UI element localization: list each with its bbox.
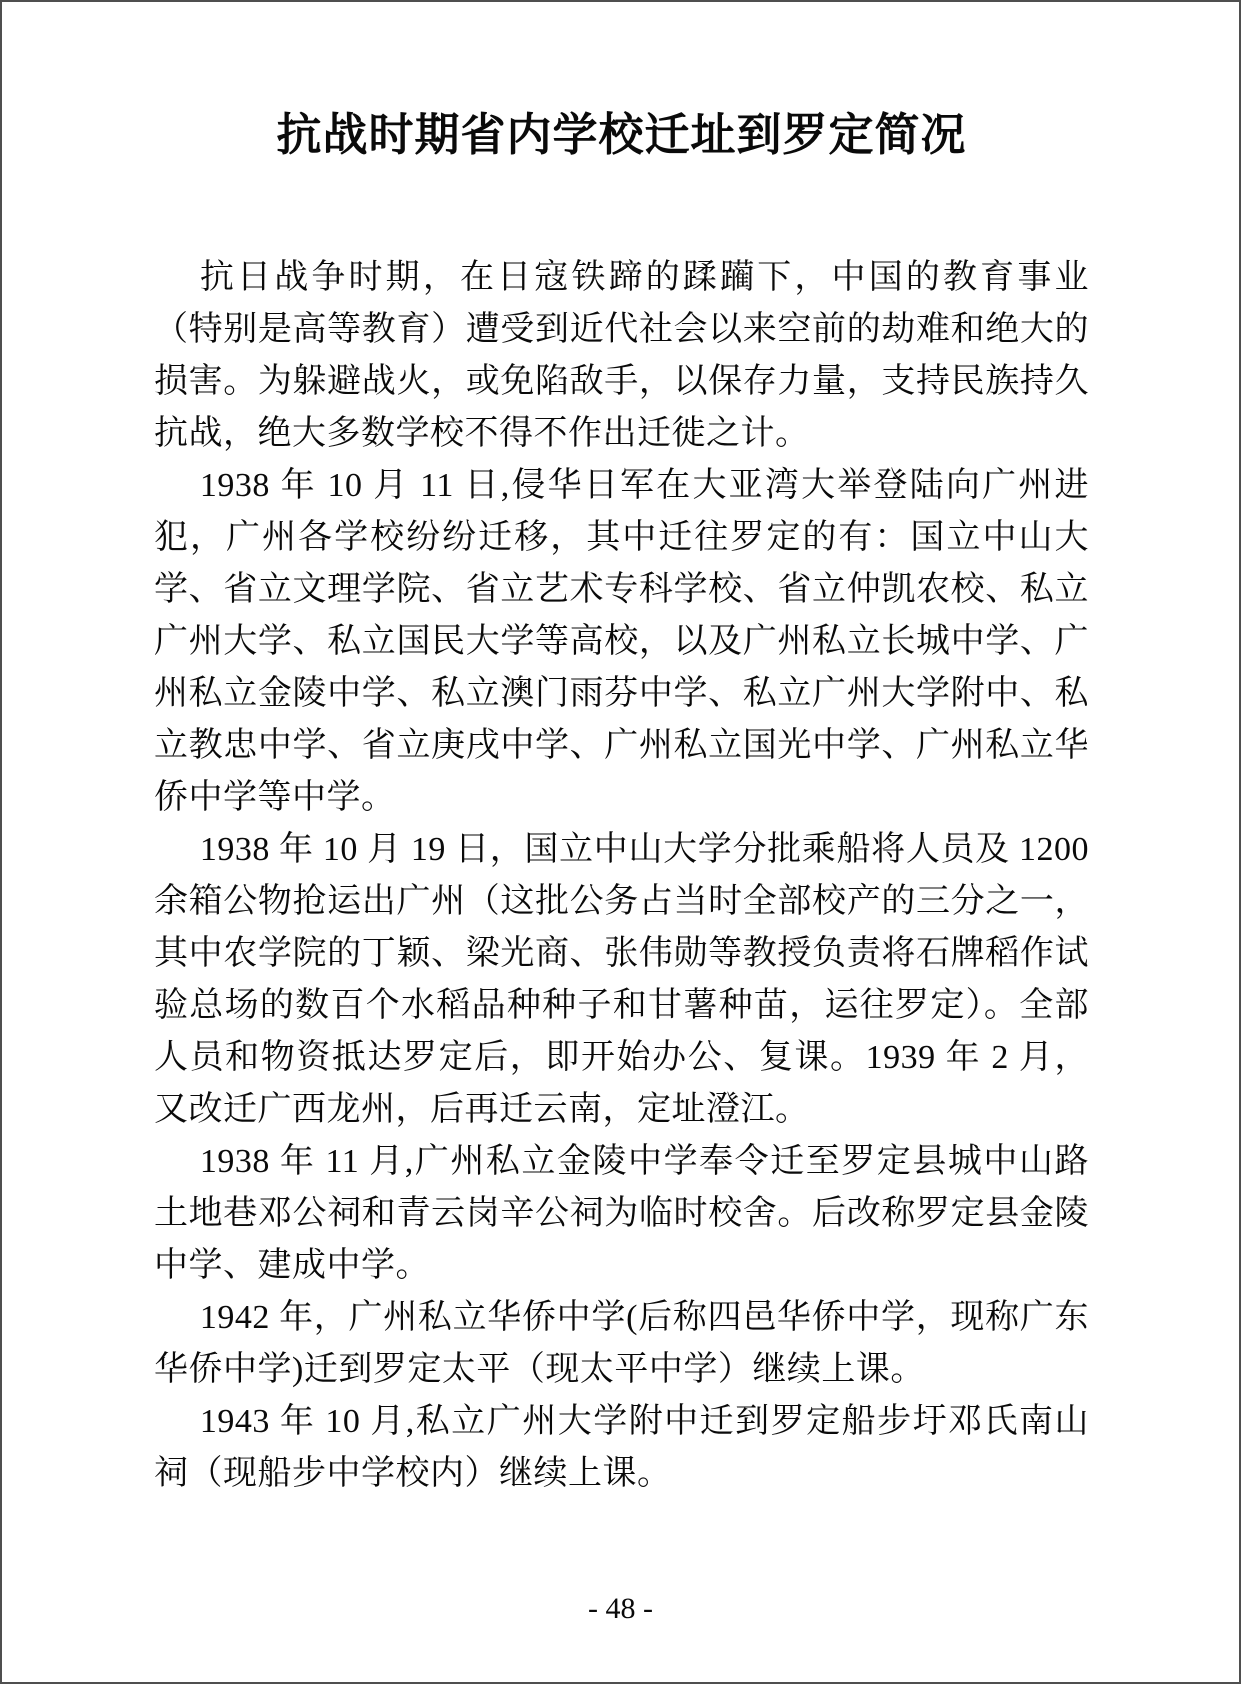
document-page: 抗战时期省内学校迁址到罗定简况 抗日战争时期，在日寇铁蹄的蹂躏下，中国的教育事业…	[0, 0, 1241, 1684]
page-title: 抗战时期省内学校迁址到罗定简况	[154, 106, 1089, 164]
paragraph-1938-oct-19: 1938 年 10 月 19 日，国立中山大学分批乘船将人员及 1200 余箱公…	[154, 824, 1089, 1136]
page-number: - 48 -	[2, 1592, 1239, 1626]
document-content: 抗战时期省内学校迁址到罗定简况 抗日战争时期，在日寇铁蹄的蹂躏下，中国的教育事业…	[2, 2, 1239, 1500]
paragraph-1938-nov: 1938 年 11 月,广州私立金陵中学奉令迁至罗定县城中山路土地巷邓公祠和青云…	[154, 1136, 1089, 1292]
paragraph-1938-oct-11: 1938 年 10 月 11 日,侵华日军在大亚湾大举登陆向广州进犯，广州各学校…	[154, 460, 1089, 824]
paragraph-1943: 1943 年 10 月,私立广州大学附中迁到罗定船步圩邓氏南山祠（现船步中学校内…	[154, 1396, 1089, 1500]
paragraph-1942: 1942 年，广州私立华侨中学(后称四邑华侨中学，现称广东华侨中学)迁到罗定太平…	[154, 1292, 1089, 1396]
paragraph-intro: 抗日战争时期，在日寇铁蹄的蹂躏下，中国的教育事业（特别是高等教育）遭受到近代社会…	[154, 252, 1089, 460]
